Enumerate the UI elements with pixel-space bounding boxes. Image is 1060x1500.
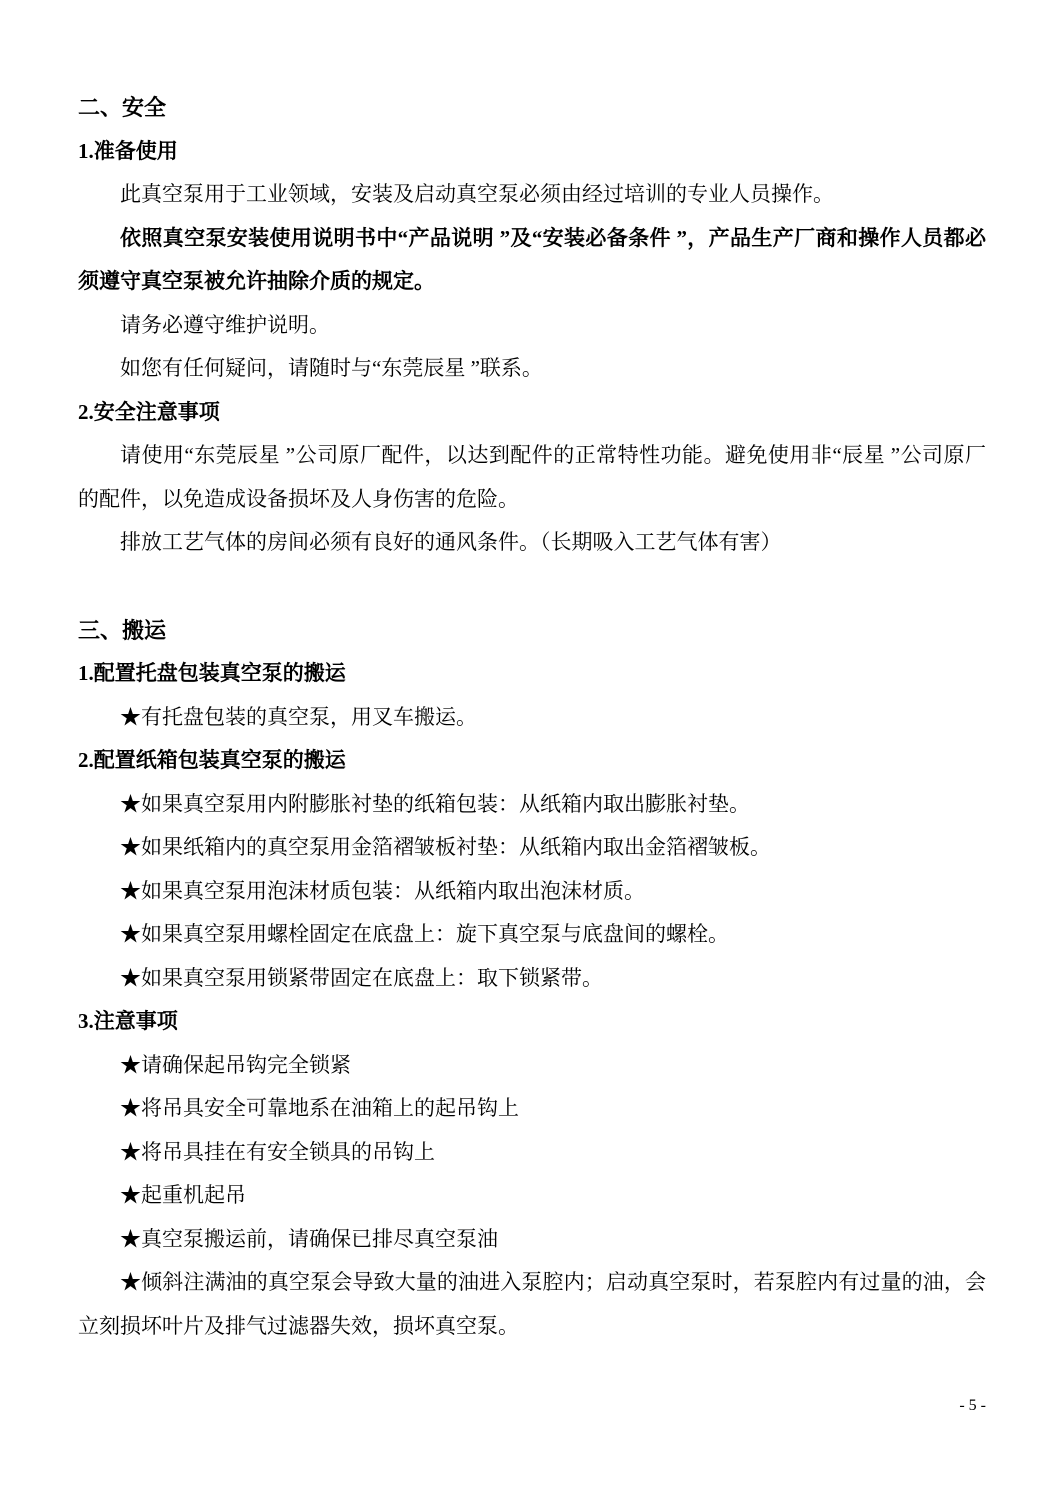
section-heading-transport: 三、搬运 (78, 609, 986, 653)
paragraph: 此真空泵用于工业领域，安装及启动真空泵必须由经过培训的专业人员操作。 (78, 173, 986, 217)
paragraph: 请使用“东莞辰星 ”公司原厂配件，以达到配件的正常特性功能。避免使用非“辰星 ”… (78, 434, 986, 521)
subsection-heading-cautions: 3.注意事项 (78, 1000, 986, 1044)
section-spacer (78, 565, 986, 609)
section-heading-safety: 二、安全 (78, 86, 986, 130)
subsection-heading-prepare: 1.准备使用 (78, 130, 986, 174)
page-number: - 5 - (959, 1396, 986, 1416)
paragraph: 如您有任何疑问，请随时与“东莞辰星 ”联系。 (78, 347, 986, 391)
bullet-paragraph: ★将吊具安全可靠地系在油箱上的起吊钩上 (78, 1087, 986, 1131)
bullet-paragraph: ★请确保起吊钩完全锁紧 (78, 1044, 986, 1088)
paragraph: 排放工艺气体的房间必须有良好的通风条件。（长期吸入工艺气体有害） (78, 521, 986, 565)
bullet-paragraph: ★起重机起吊 (78, 1174, 986, 1218)
bullet-paragraph: ★真空泵搬运前，请确保已排尽真空泵油 (78, 1218, 986, 1262)
bullet-paragraph: ★倾斜注满油的真空泵会导致大量的油进入泵腔内；启动真空泵时，若泵腔内有过量的油，… (78, 1261, 986, 1348)
paragraph-emphasis: 依照真空泵安装使用说明书中“产品说明 ”及“安装必备条件 ”，产品生产厂商和操作… (78, 217, 986, 304)
bullet-paragraph: ★如果真空泵用内附膨胀衬垫的纸箱包装：从纸箱内取出膨胀衬垫。 (78, 783, 986, 827)
bullet-paragraph: ★有托盘包装的真空泵，用叉车搬运。 (78, 696, 986, 740)
subsection-heading-carton: 2.配置纸箱包装真空泵的搬运 (78, 739, 986, 783)
bullet-paragraph: ★将吊具挂在有安全锁具的吊钩上 (78, 1131, 986, 1175)
bullet-paragraph: ★如果真空泵用泡沫材质包装：从纸箱内取出泡沫材质。 (78, 870, 986, 914)
bullet-paragraph: ★如果真空泵用螺栓固定在底盘上：旋下真空泵与底盘间的螺栓。 (78, 913, 986, 957)
bullet-paragraph: ★如果纸箱内的真空泵用金箔褶皱板衬垫：从纸箱内取出金箔褶皱板。 (78, 826, 986, 870)
paragraph: 请务必遵守维护说明。 (78, 304, 986, 348)
document-page: 二、安全 1.准备使用 此真空泵用于工业领域，安装及启动真空泵必须由经过培训的专… (0, 0, 1060, 1500)
subsection-heading-notes: 2.安全注意事项 (78, 391, 986, 435)
bullet-paragraph: ★如果真空泵用锁紧带固定在底盘上：取下锁紧带。 (78, 957, 986, 1001)
subsection-heading-pallet: 1.配置托盘包装真空泵的搬运 (78, 652, 986, 696)
document-body: 二、安全 1.准备使用 此真空泵用于工业领域，安装及启动真空泵必须由经过培训的专… (78, 86, 986, 1348)
